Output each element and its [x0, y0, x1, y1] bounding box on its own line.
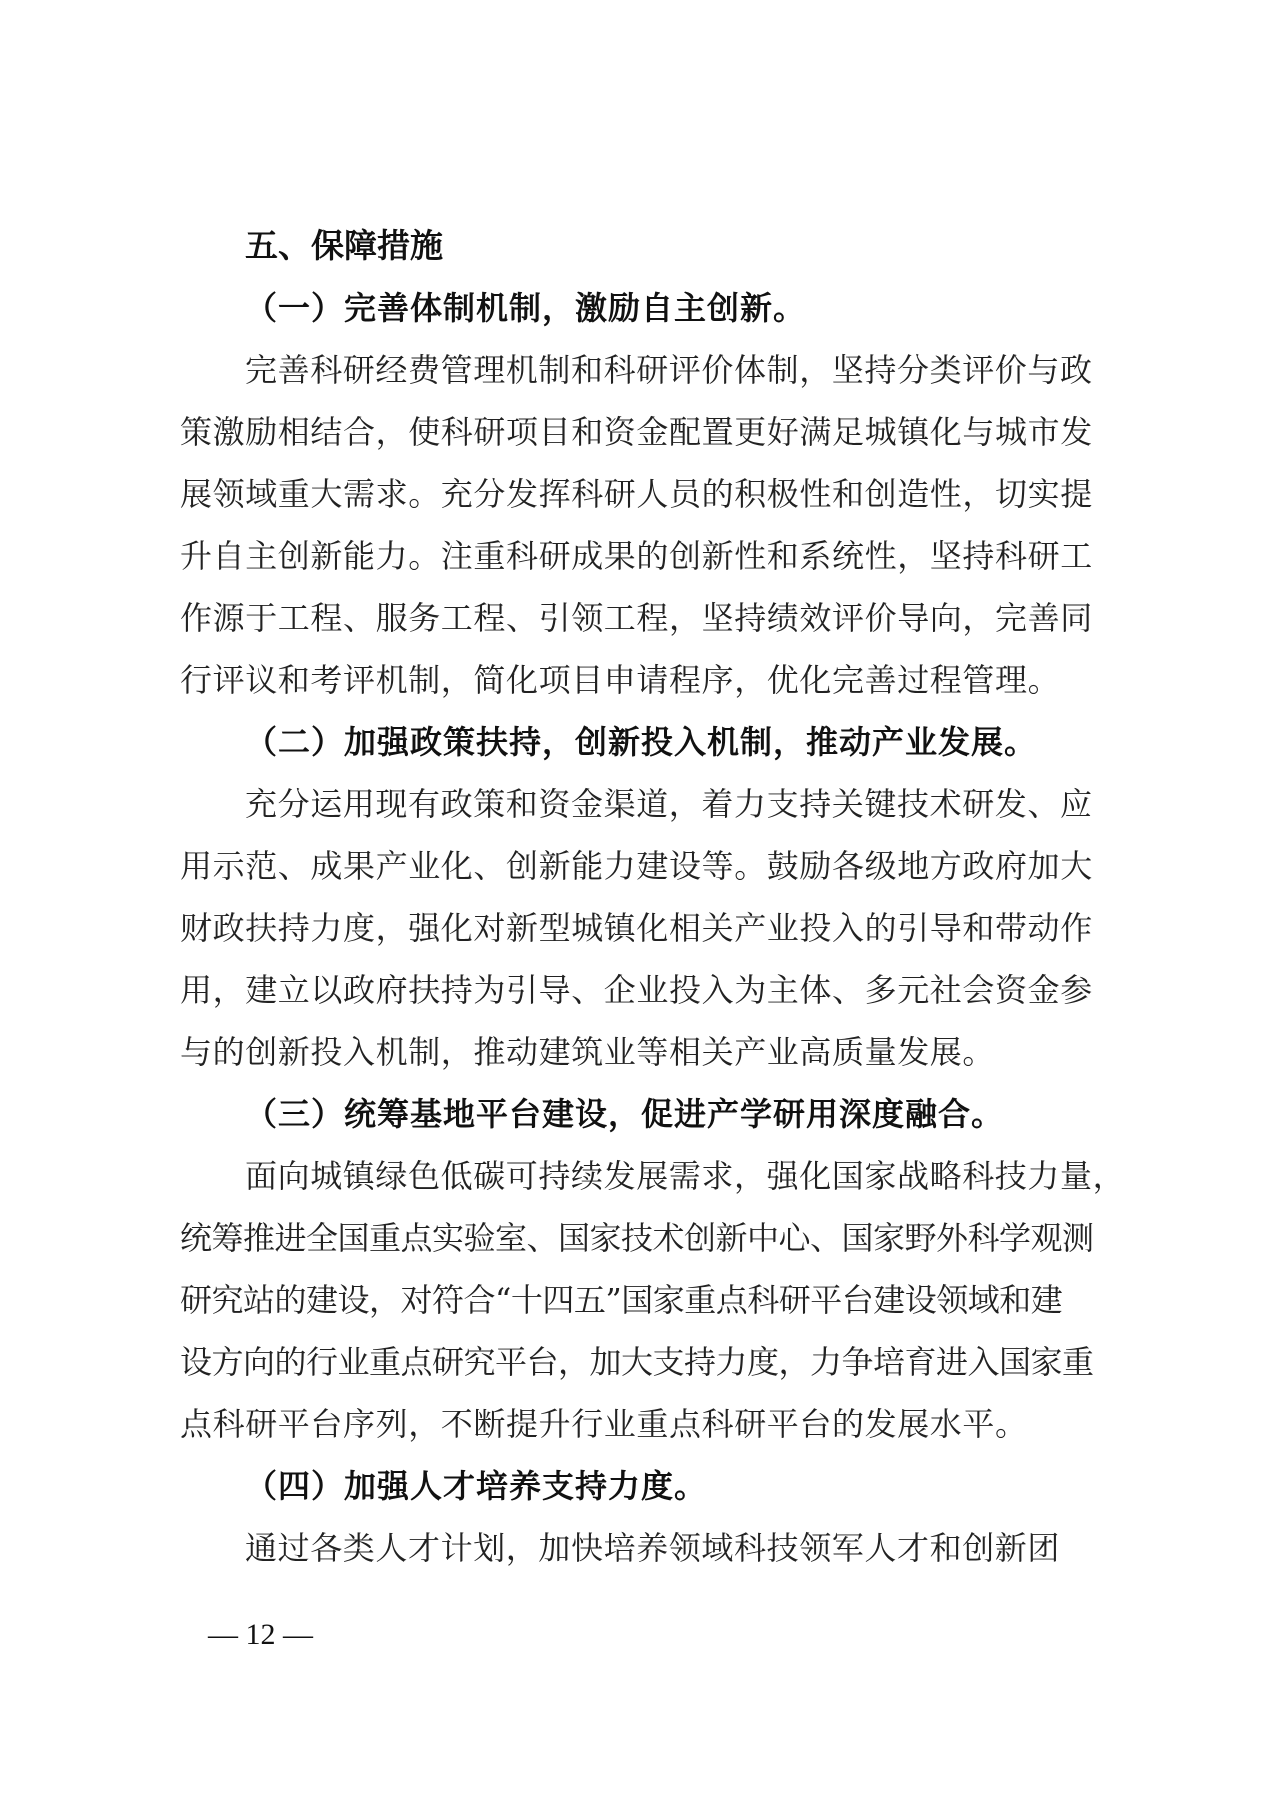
paragraph-line: 升自主创新能力。注重科研成果的创新性和系统性，坚持科研工: [180, 536, 1104, 576]
paragraph-line: 用示范、成果产业化、创新能力建设等。鼓励各级地方政府加大: [180, 846, 1104, 886]
subsection-heading-4: （四）加强人才培养支持力度。: [245, 1466, 1169, 1506]
subsection-heading-3: （三）统筹基地平台建设，促进产学研用深度融合。: [245, 1094, 1169, 1134]
subsection-heading-1: （一）完善体制机制，激励自主创新。: [245, 288, 1169, 328]
paragraph-line: 完善科研经费管理机制和科研评价体制，坚持分类评价与政: [245, 350, 1169, 390]
page-number: — 12 —: [208, 1618, 313, 1652]
paragraph-line: 作源于工程、服务工程、引领工程，坚持绩效评价导向，完善同: [180, 598, 1104, 638]
paragraph-line: 行评议和考评机制，简化项目申请程序，优化完善过程管理。: [180, 660, 1104, 700]
section-heading: 五、保障措施: [245, 226, 1169, 266]
subsection-heading-2: （二）加强政策扶持，创新投入机制，推动产业发展。: [245, 722, 1169, 762]
paragraph-line: 面向城镇绿色低碳可持续发展需求，强化国家战略科技力量，: [245, 1156, 1169, 1196]
paragraph-line: 与的创新投入机制，推动建筑业等相关产业高质量发展。: [180, 1032, 1104, 1072]
paragraph-line: 通过各类人才计划，加快培养领域科技领军人才和创新团: [245, 1528, 1169, 1568]
paragraph-line: 研究站的建设，对符合“十四五”国家重点科研平台建设领域和建: [180, 1280, 1104, 1320]
paragraph-line: 设方向的行业重点研究平台，加大支持力度，力争培育进入国家重: [180, 1342, 1104, 1382]
paragraph-line: 用，建立以政府扶持为引导、企业投入为主体、多元社会资金参: [180, 970, 1104, 1010]
paragraph-line: 财政扶持力度，强化对新型城镇化相关产业投入的引导和带动作: [180, 908, 1104, 948]
paragraph-line: 点科研平台序列，不断提升行业重点科研平台的发展水平。: [180, 1404, 1104, 1444]
paragraph-line: 展领域重大需求。充分发挥科研人员的积极性和创造性，切实提: [180, 474, 1104, 514]
paragraph-line: 充分运用现有政策和资金渠道，着力支持关键技术研发、应: [245, 784, 1169, 824]
document-page: 五、保障措施 （一）完善体制机制，激励自主创新。 完善科研经费管理机制和科研评价…: [0, 0, 1280, 1809]
paragraph-line: 策激励相结合，使科研项目和资金配置更好满足城镇化与城市发: [180, 412, 1104, 452]
paragraph-line: 统筹推进全国重点实验室、国家技术创新中心、国家野外科学观测: [180, 1218, 1104, 1258]
